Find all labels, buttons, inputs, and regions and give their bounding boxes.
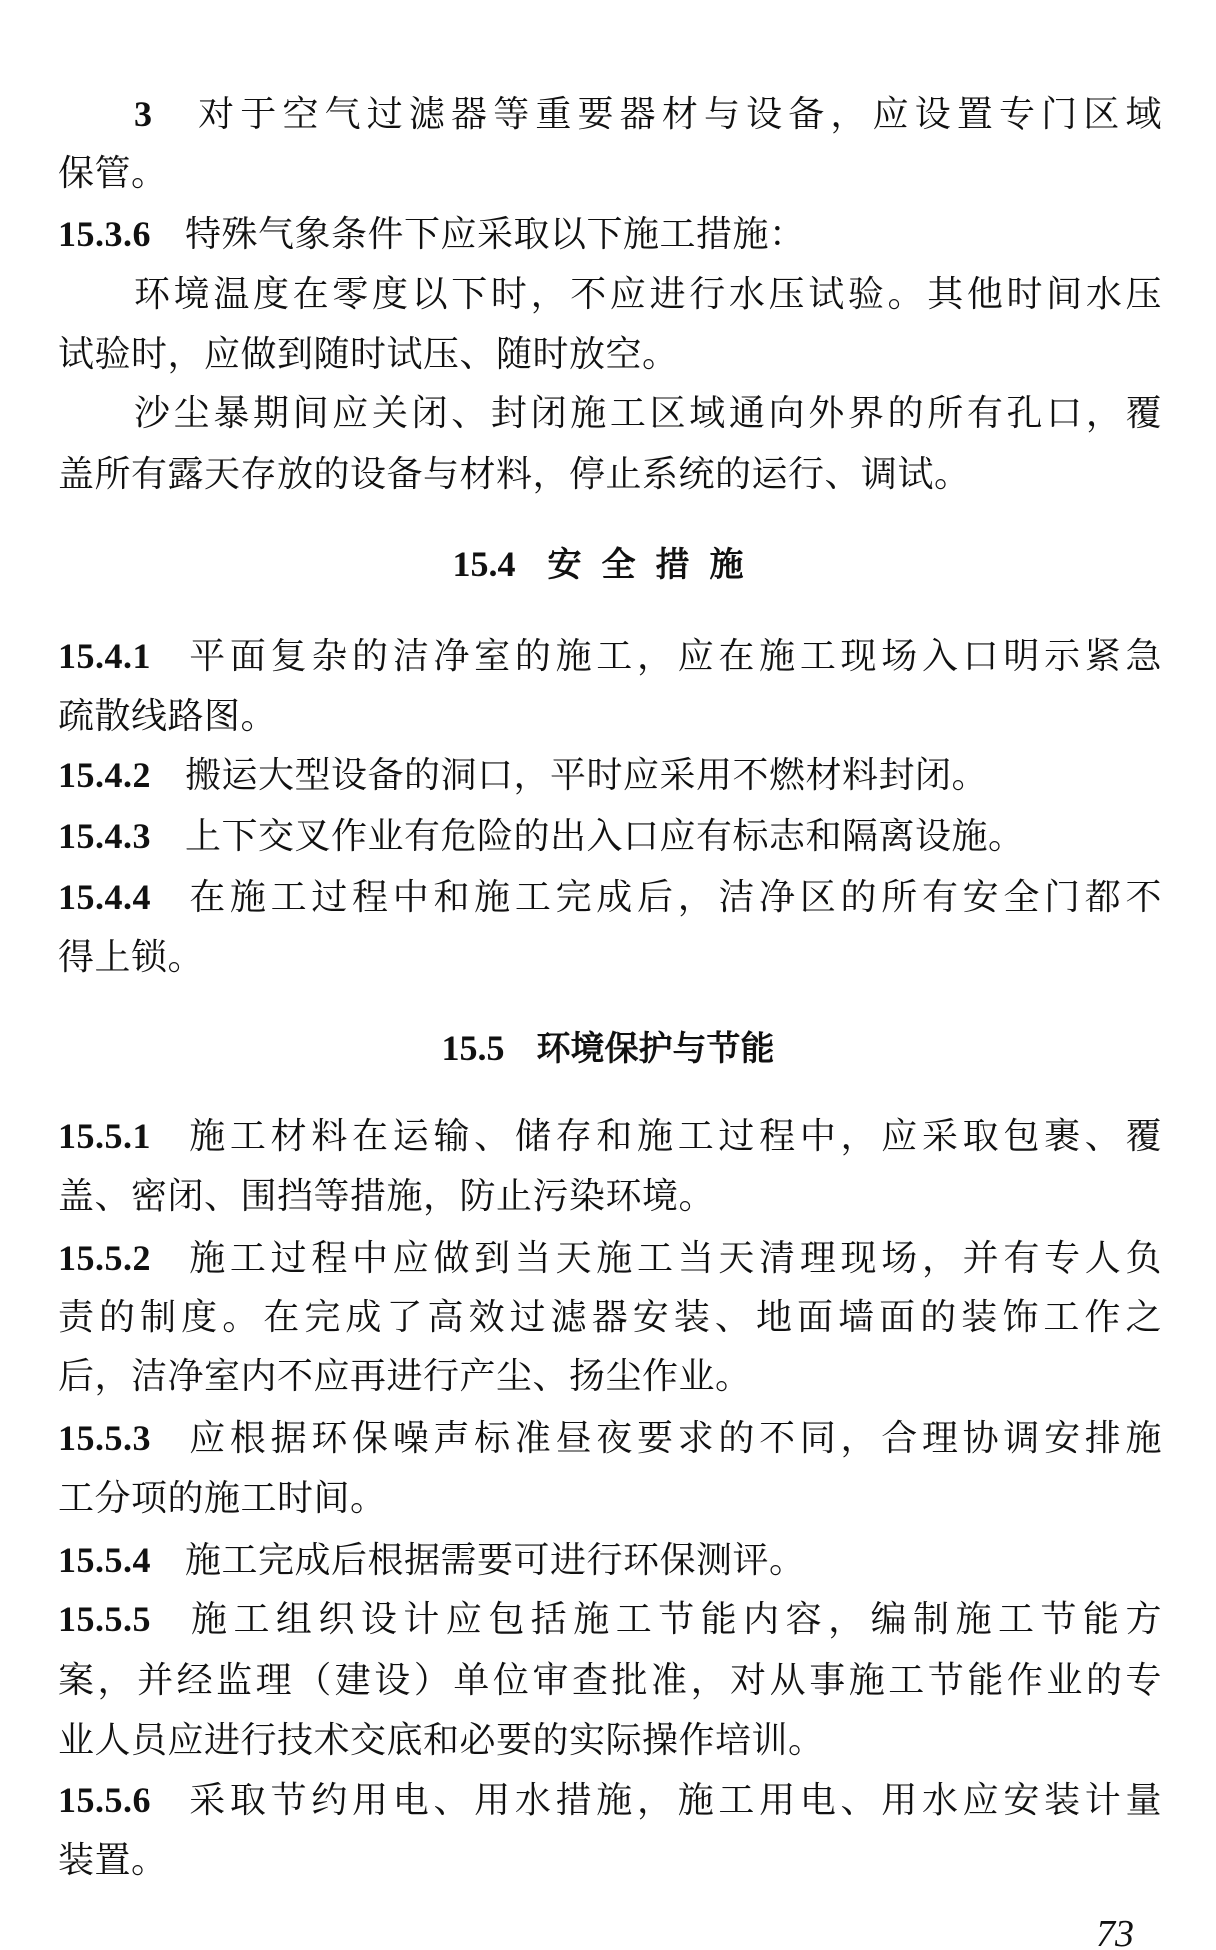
clause-line: 案，并经监理（建设）单位审查批准，对从事施工节能作业的专 [58,1651,1162,1711]
clause-line: 业人员应进行技术交底和必要的实际操作培训。 [58,1711,1162,1771]
clause-15-5-4: 15.5.4施工完成后根据需要可进行环保测评。 [58,1530,1162,1590]
clause-15-3-6: 15.3.6特殊气象条件下应采取以下施工措施： [58,204,1162,264]
clause-15-5-2: 15.5.2施工过程中应做到当天施工当天清理现场，并有专人负 [58,1228,1162,1288]
clause-number: 15.4.2 [58,755,151,795]
item-number: 3 [134,94,153,134]
clause-15-4-3: 15.4.3上下交叉作业有危险的出入口应有标志和隔离设施。 [58,806,1162,866]
paragraph-line: 沙尘暴期间应关闭、封闭施工区域通向外界的所有孔口，覆 [134,384,1162,444]
clause-number: 15.5.3 [58,1418,151,1458]
clause-15-5-6: 15.5.6采取节约用电、用水措施，施工用电、用水应安装计量 [58,1770,1162,1830]
clause-line: 得上锁。 [58,928,1162,988]
paragraph-line: 盖所有露天存放的设备与材料，停止系统的运行、调试。 [58,445,1162,505]
clause-number: 15.5.4 [58,1540,151,1580]
clause-15-5-3: 15.5.3应根据环保噪声标准昼夜要求的不同，合理协调安排施 [58,1408,1162,1468]
clause-line: 疏散线路图。 [58,687,1162,747]
clause-line: 责的制度。在完成了高效过滤器安装、地面墙面的装饰工作之 [58,1288,1162,1348]
paragraph-line: 环境温度在零度以下时，不应进行水压试验。其他时间水压 [134,265,1162,325]
clause-15-4-1: 15.4.1平面复杂的洁净室的施工，应在施工现场入口明示紧急 [58,626,1162,686]
section-heading-15-5: 15.5环境保护与节能 [0,1018,1216,1079]
clause-number: 15.5.1 [58,1116,151,1156]
clause-number: 15.5.5 [58,1599,151,1639]
clause-number: 15.5.2 [58,1238,151,1278]
page-number: 73 [1096,1912,1134,1950]
clause-line: 盖、密闭、围挡等措施，防止污染环境。 [58,1167,1162,1227]
clause-number: 15.3.6 [58,214,151,254]
clause-15-4-2: 15.4.2搬运大型设备的洞口，平时应采用不燃材料封闭。 [58,745,1162,805]
clause-15-4-4: 15.4.4在施工过程中和施工完成后，洁净区的所有安全门都不 [58,867,1162,927]
clause-number: 15.5.6 [58,1780,151,1820]
item-3-line-2: 保管。 [58,144,1162,204]
clause-number: 15.4.1 [58,636,151,676]
clause-15-5-1: 15.5.1施工材料在运输、储存和施工过程中，应采取包裹、覆 [58,1106,1162,1166]
clause-15-5-5: 15.5.5施工组织设计应包括施工节能内容，编制施工节能方 [58,1589,1162,1649]
clause-number: 15.4.4 [58,877,151,917]
item-3-line-1: 3对于空气过滤器等重要器材与设备，应设置专门区域 [134,84,1162,144]
section-heading-15-4: 15.4安全措施 [0,534,1216,595]
clause-line: 工分项的施工时间。 [58,1469,1162,1529]
clause-line: 后，洁净室内不应再进行产尘、扬尘作业。 [58,1347,1162,1407]
document-page: 3对于空气过滤器等重要器材与设备，应设置专门区域 保管。 15.3.6特殊气象条… [0,0,1216,1950]
clause-line: 装置。 [58,1831,1162,1891]
paragraph-line: 试验时，应做到随时试压、随时放空。 [58,325,1162,385]
clause-number: 15.4.3 [58,816,151,856]
